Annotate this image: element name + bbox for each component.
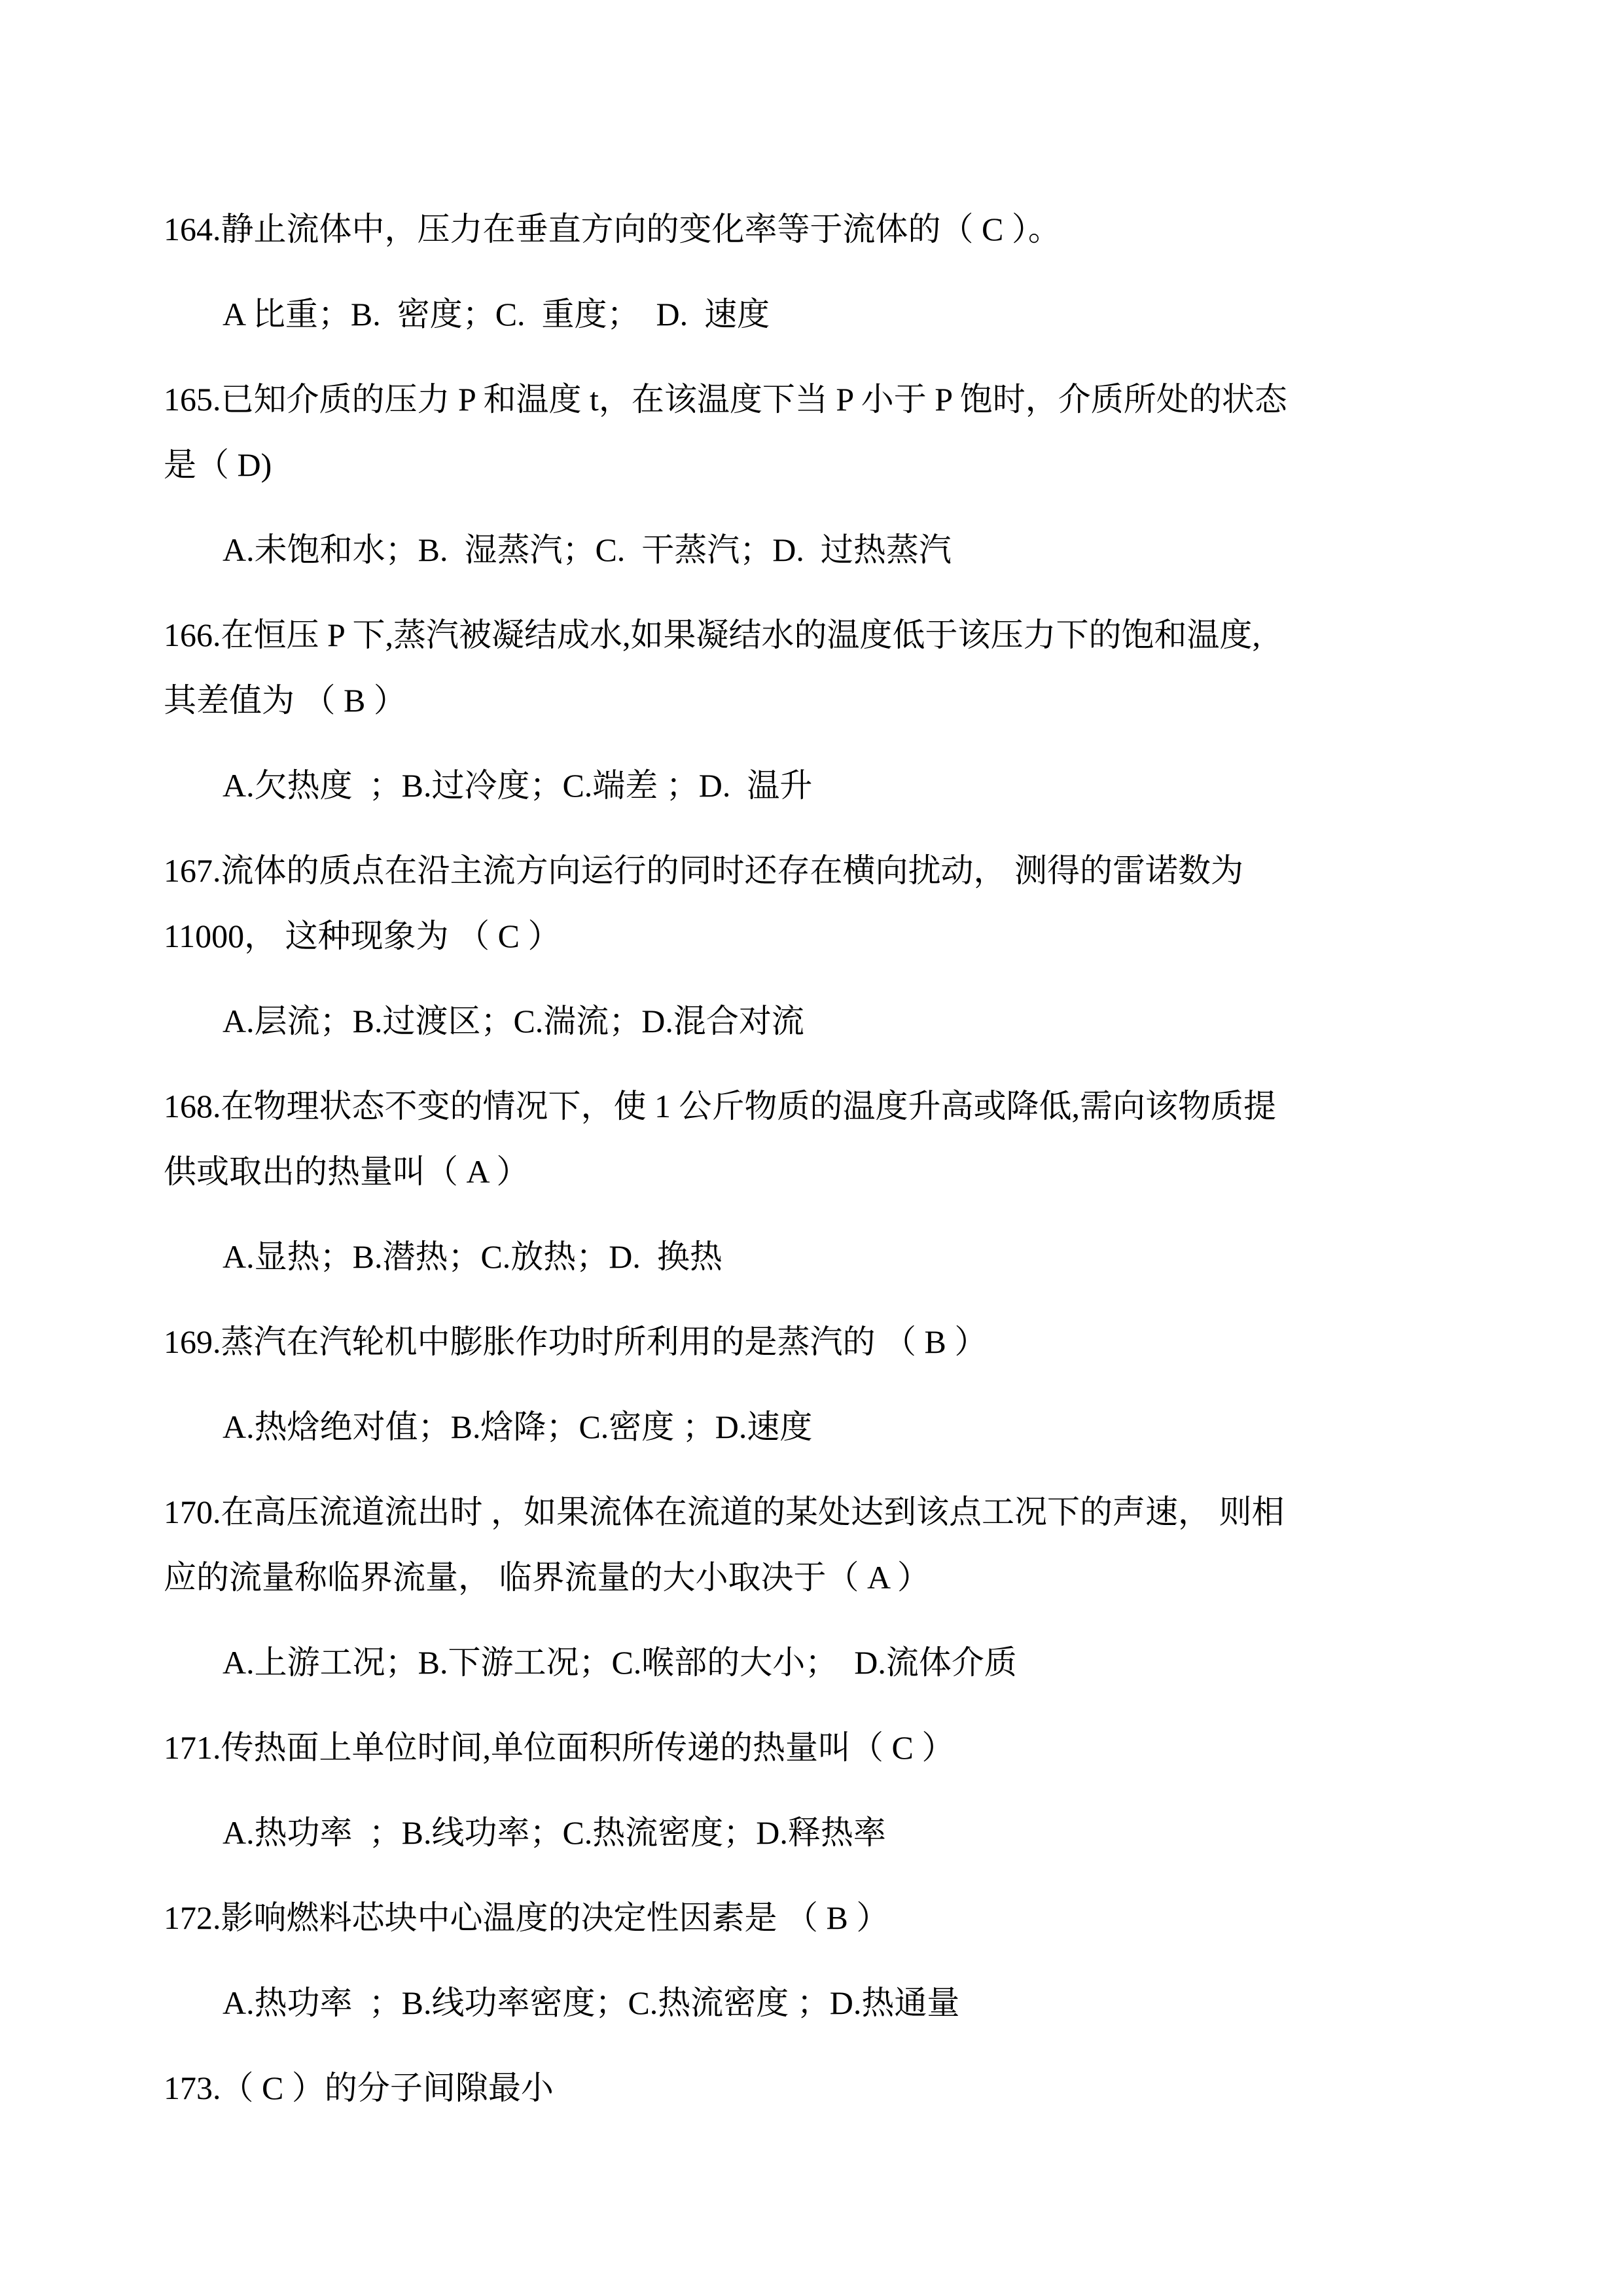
options-line: A.上游工况；B.下游工况；C.喉部的大小； D.流体介质 [164,1630,1472,1695]
question-171: 171.传热面上单位时间,单位面积所传递的热量叫（ C ） A.热功率 ；B.线… [164,1715,1472,1865]
question-text: 169.蒸汽在汽轮机中膨胀作功时所利用的是蒸汽的 （ B ） [164,1309,1472,1374]
question-line: 173.（ C ）的分子间隙最小 [164,2055,1472,2121]
question-line: 168.在物理状态不变的情况下，使 1 公斤物质的温度升高或降低,需向该物质提 [164,1073,1472,1139]
question-line: 应的流量称临界流量， 临界流量的大小取决于（ A ） [164,1545,1472,1610]
question-text: 167.流体的质点在沿主流方向运行的同时还存在横向扰动， 测得的雷诺数为 110… [164,838,1472,969]
question-168: 168.在物理状态不变的情况下，使 1 公斤物质的温度升高或降低,需向该物质提 … [164,1073,1472,1289]
options-line: A.未饱和水；B. 湿蒸汽；C. 干蒸汽；D. 过热蒸汽 [164,517,1472,583]
question-text: 172.影响燃料芯块中心温度的决定性因素是 （ B ） [164,1885,1472,1950]
question-text: 170.在高压流道流出时 ，如果流体在流道的某处达到该点工况下的声速， 则相 应… [164,1479,1472,1610]
question-172: 172.影响燃料芯块中心温度的决定性因素是 （ B ） A.热功率 ；B.线功率… [164,1885,1472,2036]
question-text: 173.（ C ）的分子间隙最小 [164,2055,1472,2121]
question-line: 169.蒸汽在汽轮机中膨胀作功时所利用的是蒸汽的 （ B ） [164,1309,1472,1374]
options-line: A.热功率 ；B.线功率密度；C.热流密度 ；D.热通量 [164,1970,1472,2036]
question-options: A.上游工况；B.下游工况；C.喉部的大小； D.流体介质 [164,1630,1472,1695]
question-text: 168.在物理状态不变的情况下，使 1 公斤物质的温度升高或降低,需向该物质提 … [164,1073,1472,1204]
question-line: 171.传热面上单位时间,单位面积所传递的热量叫（ C ） [164,1715,1472,1780]
options-line: A 比重；B. 密度；C. 重度； D. 速度 [164,281,1472,347]
question-options: A.热功率 ；B.线功率；C.热流密度；D.释热率 [164,1800,1472,1865]
question-line: 172.影响燃料芯块中心温度的决定性因素是 （ B ） [164,1885,1472,1950]
question-173: 173.（ C ）的分子间隙最小 [164,2055,1472,2121]
options-line: A.热焓绝对值；B.焓降；C.密度 ；D.速度 [164,1394,1472,1460]
question-line: 166.在恒压 P 下,蒸汽被凝结成水,如果凝结水的温度低于该压力下的饱和温度, [164,602,1472,668]
question-options: A.未饱和水；B. 湿蒸汽；C. 干蒸汽；D. 过热蒸汽 [164,517,1472,583]
question-options: A.欠热度 ；B.过冷度；C.端差 ；D. 温升 [164,753,1472,818]
question-text: 164.静止流体中，压力在垂直方向的变化率等于流体的（ C ）。 [164,196,1472,262]
question-line: 是（ D) [164,432,1472,497]
options-line: A.显热；B.潜热；C.放热；D. 换热 [164,1224,1472,1289]
question-line: 165.已知介质的压力 P 和温度 t，在该温度下当 P 小于 P 饱时，介质所… [164,367,1472,432]
question-line: 170.在高压流道流出时 ，如果流体在流道的某处达到该点工况下的声速， 则相 [164,1479,1472,1545]
document-page: 164.静止流体中，压力在垂直方向的变化率等于流体的（ C ）。 A 比重；B.… [0,0,1623,2296]
options-line: A.层流；B.过渡区；C.湍流；D.混合对流 [164,988,1472,1054]
question-options: A 比重；B. 密度；C. 重度； D. 速度 [164,281,1472,347]
question-165: 165.已知介质的压力 P 和温度 t，在该温度下当 P 小于 P 饱时，介质所… [164,367,1472,583]
question-169: 169.蒸汽在汽轮机中膨胀作功时所利用的是蒸汽的 （ B ） A.热焓绝对值；B… [164,1309,1472,1460]
question-text: 166.在恒压 P 下,蒸汽被凝结成水,如果凝结水的温度低于该压力下的饱和温度,… [164,602,1472,733]
question-line: 其差值为 （ B ） [164,668,1472,733]
question-options: A.热焓绝对值；B.焓降；C.密度 ；D.速度 [164,1394,1472,1460]
question-line: 167.流体的质点在沿主流方向运行的同时还存在横向扰动， 测得的雷诺数为 [164,838,1472,903]
question-line: 供或取出的热量叫（ A ） [164,1139,1472,1204]
question-164: 164.静止流体中，压力在垂直方向的变化率等于流体的（ C ）。 A 比重；B.… [164,196,1472,347]
question-167: 167.流体的质点在沿主流方向运行的同时还存在横向扰动， 测得的雷诺数为 110… [164,838,1472,1054]
options-line: A.热功率 ；B.线功率；C.热流密度；D.释热率 [164,1800,1472,1865]
question-170: 170.在高压流道流出时 ，如果流体在流道的某处达到该点工况下的声速， 则相 应… [164,1479,1472,1695]
question-text: 165.已知介质的压力 P 和温度 t，在该温度下当 P 小于 P 饱时，介质所… [164,367,1472,497]
options-line: A.欠热度 ；B.过冷度；C.端差 ；D. 温升 [164,753,1472,818]
question-166: 166.在恒压 P 下,蒸汽被凝结成水,如果凝结水的温度低于该压力下的饱和温度,… [164,602,1472,818]
question-options: A.热功率 ；B.线功率密度；C.热流密度 ；D.热通量 [164,1970,1472,2036]
question-line: 11000， 这种现象为 （ C ） [164,903,1472,969]
question-text: 171.传热面上单位时间,单位面积所传递的热量叫（ C ） [164,1715,1472,1780]
question-options: A.层流；B.过渡区；C.湍流；D.混合对流 [164,988,1472,1054]
question-line: 164.静止流体中，压力在垂直方向的变化率等于流体的（ C ）。 [164,196,1472,262]
question-options: A.显热；B.潜热；C.放热；D. 换热 [164,1224,1472,1289]
